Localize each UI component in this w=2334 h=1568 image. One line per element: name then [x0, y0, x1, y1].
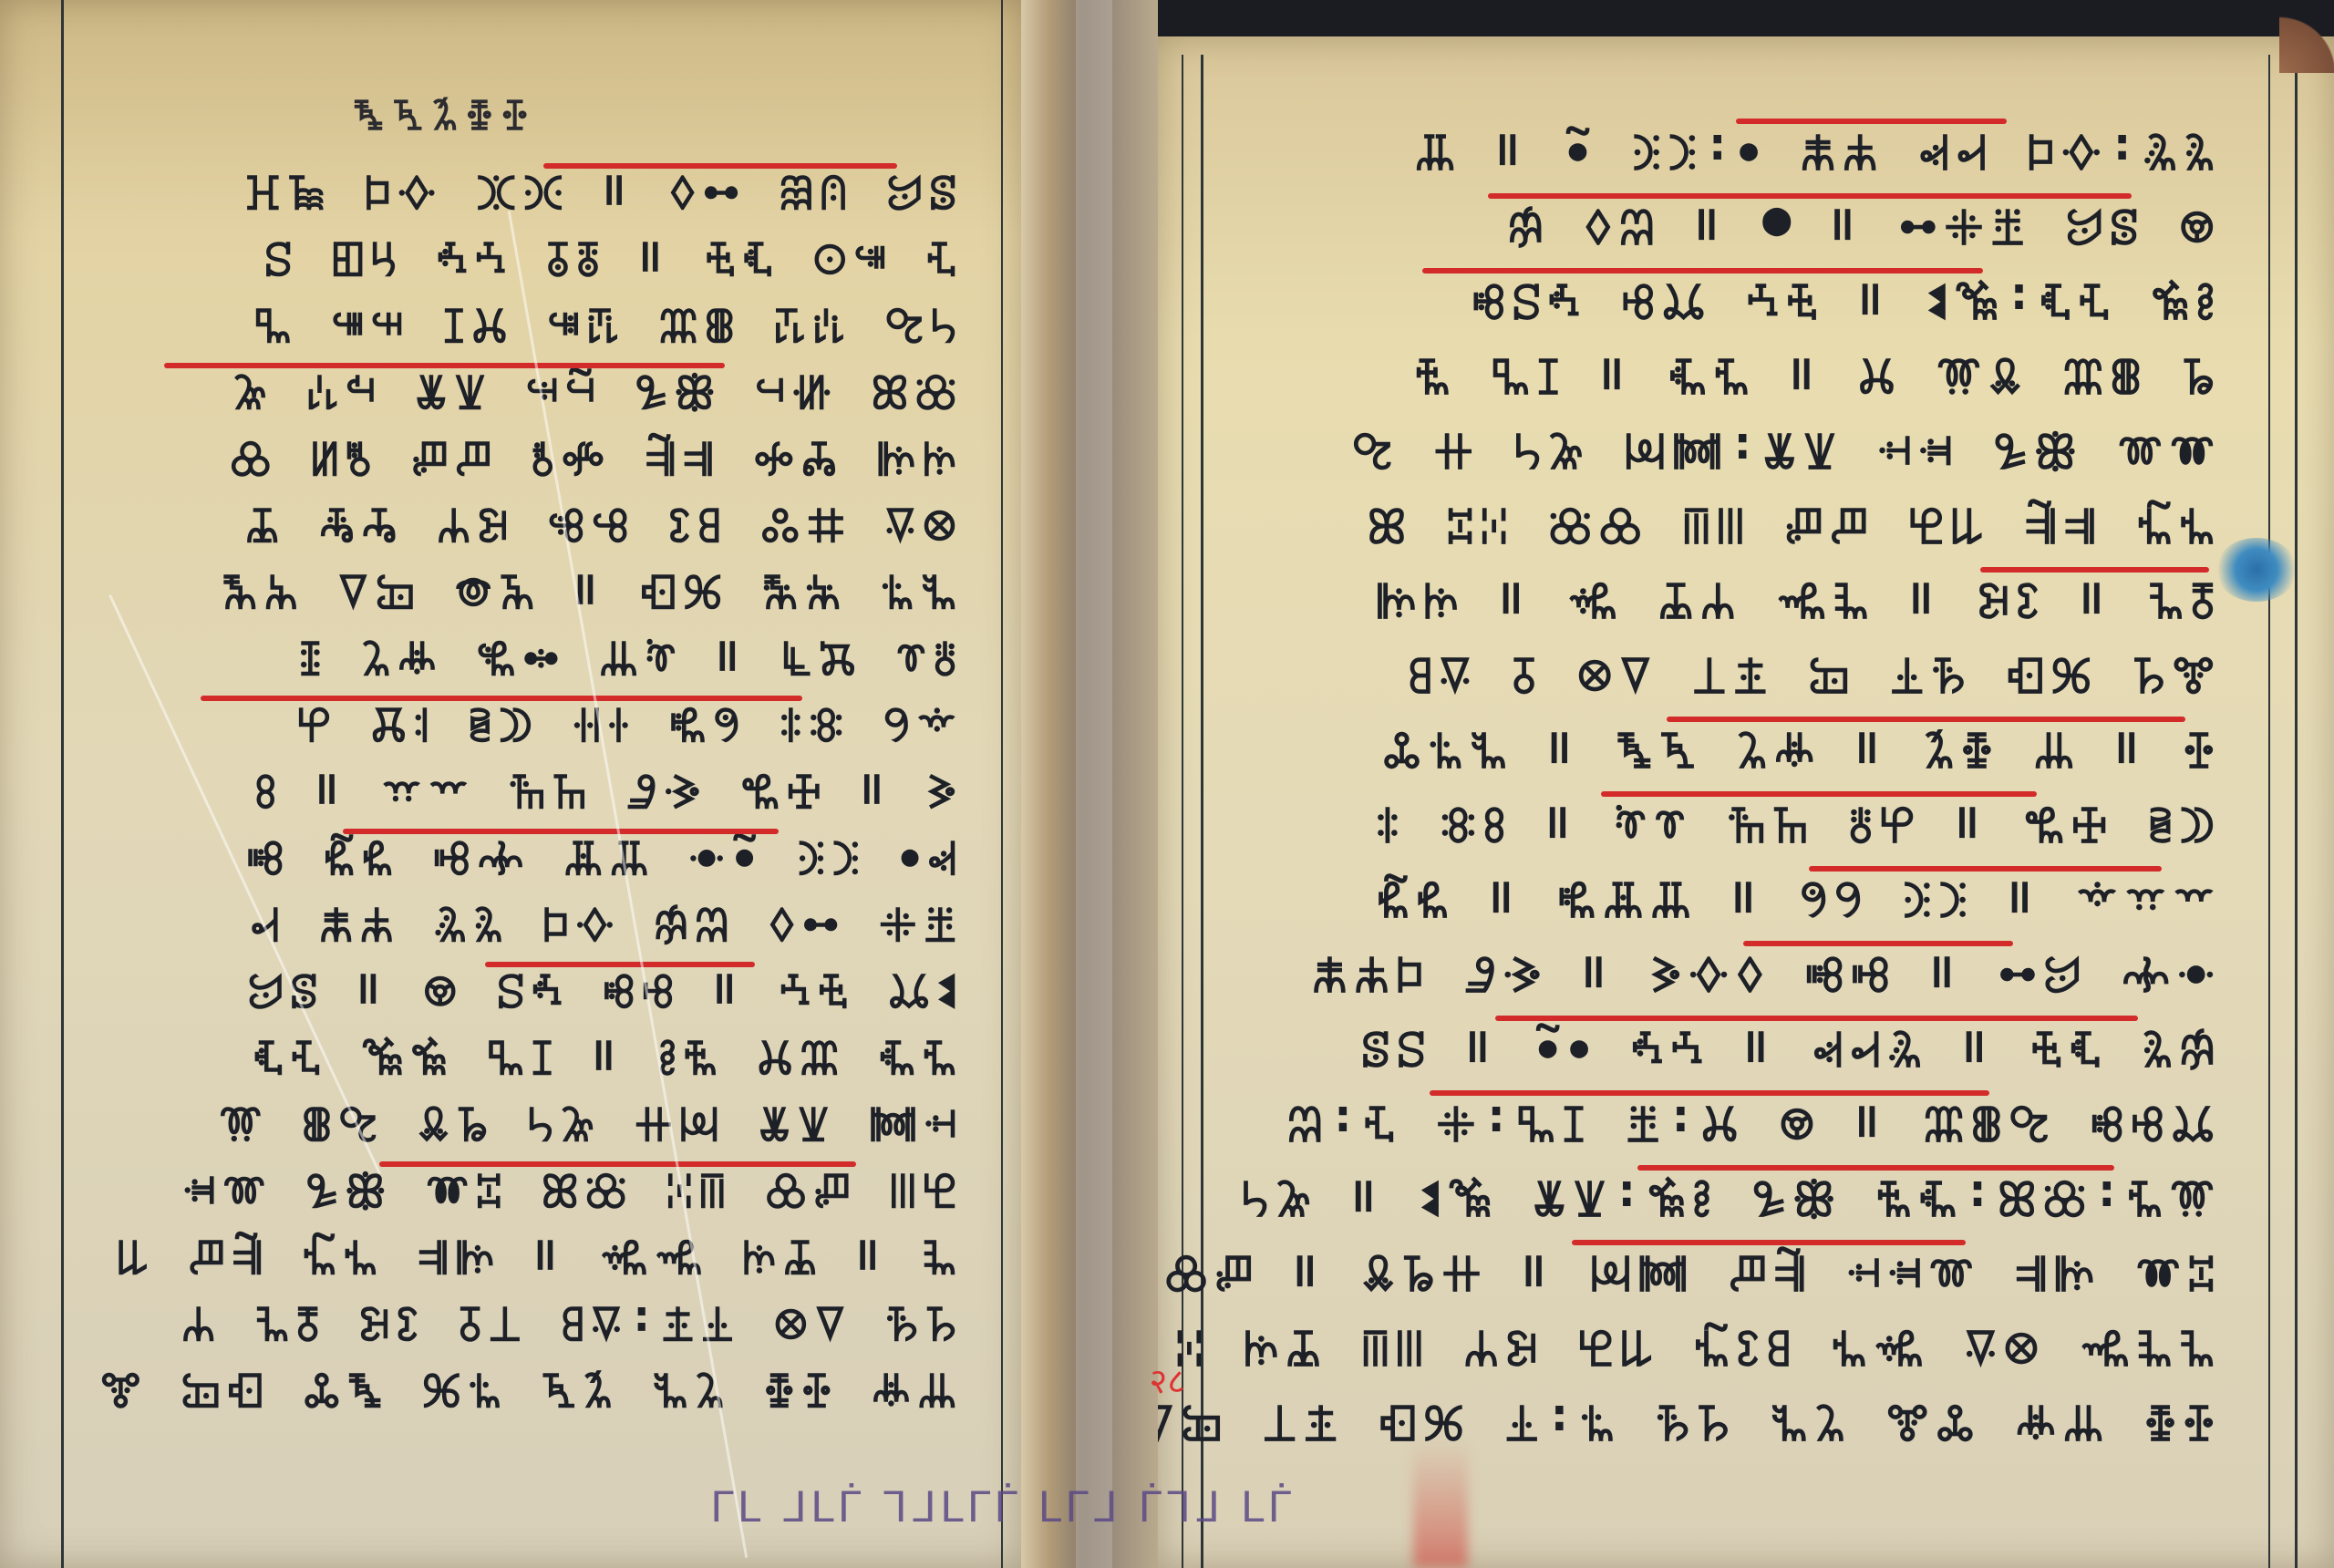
left-page: ꔀꔁ ꕌꕍ ꔅꔆ ꕎꕏ ꔇꔈ ꕐ:ꔉ ꕑꕒ ꔊꔋ ꕓꕔ ꔌꔍꔎꔏꔐ ꕕꕖ ꔑꔒ …	[1158, 36, 2334, 1568]
red-page-number: २८	[1149, 1357, 1185, 1404]
script-line: ꕣꕤ ꖧꖨ ꕥꕦ ꖩꖪ ꕧꕨ ꖫꖬ ꕩ	[64, 357, 957, 424]
blue-ink-stain	[2215, 538, 2298, 602]
script-line: ꔀꔁ ꕌꕍ ꔅꔆ ꕎꕏ ꔇꔈ ꕐ:ꔉ ꕑꕒ ꔊꔋ ꕓꕔ ꔌꔍ	[1222, 1384, 2215, 1459]
script-line: ꔍꔎ ॥ ꕘꕙ ॥ ꔏꔐ ꕚꕛ ꔑ ॥ ꕜꕝ	[1222, 562, 2215, 636]
script-line: ꕜꕝ ꖡꖢ ꕞꕟ ꖣꖤ ꕠꕡ ꖥꖦ ꕢ	[64, 424, 957, 490]
script-line: ꔒꔓ ꕞꕟ ꔔꔕ ꕠꕡ ꔖꔗ ꕢꕣ ꔘꔙ ꕤ	[1222, 487, 2215, 562]
red-underline	[1809, 866, 2162, 872]
script-line: ꔶꔷ ꕿꖀ ꔸꔹ ꖁꖂ ꔺꔻ ꖃꖄ ꔼ	[64, 823, 957, 890]
script-line: ꕪꕫ ꖭꖮ ꕬꕭ ꖯꖰ ꕮꕯ ꖱꖲ ꕰ	[64, 291, 957, 357]
script-line: ꔚꔛ ꕥꕦ ꔜꔝ ꕧꕨ:ꔞꔟ ꕩꕪ ꔠ ꕫ	[1222, 412, 2215, 487]
red-underline	[485, 962, 755, 967]
page-border-rule	[2295, 55, 2298, 1568]
red-underline	[164, 363, 725, 368]
script-line: ꔫꔬꔭ ꕫꕬꕭ ॥ ꔮ ꕮ:ꔯ ꕯꕰ:ꔰ ꕱ:ꔱ	[1222, 1085, 2215, 1160]
script-line: ꔎꔏꔐ ꕕꕖ ꔑꔒ ꕗꕘꔓ ꔔꔕ ꕙꕚ ꔖꔗ ꕛꕜ ꔘ	[1222, 1309, 2215, 1384]
red-underline	[201, 696, 802, 701]
red-underline	[1572, 1240, 1966, 1245]
page-border-rule	[2268, 55, 2270, 1568]
red-underline	[543, 163, 897, 169]
script-line: ꕂꕃ ꖊꖋ ꕄꕅ ꖌꖍ ꕆꕇ ꖎꖏ ꕈ	[64, 690, 957, 757]
script-line: ꕏꕐ ꖕꖖ ꕑꕒ ॥ ꖗꖘ ꕓꕔ ꖙꖚ	[64, 557, 957, 624]
manuscript-photo: ꔀꔁ ꕌꕍ ꔅꔆ ꕎꕏ ꔇꔈ ꕐ:ꔉ ꕑꕒ ꔊꔋ ꕓꕔ ꔌꔍꔎꔏꔐ ꕕꕖ ꔑꔒ …	[0, 0, 2334, 1568]
red-underline	[1736, 119, 2007, 124]
right-page-footer-fragment: ꔀꔁꔂꔃꔄ	[345, 90, 529, 137]
red-underline	[1488, 193, 2132, 199]
red-underline	[1980, 567, 2209, 573]
script-line: ꔲꔳ ꕲꕳ ॥ ꔴꔵꔶ ॥ ꕴꕵ ꔷꔸ ॥ ꕶꕷ	[1222, 1010, 2215, 1085]
red-underline	[1495, 1016, 2138, 1021]
script-line: ꔏ ॥ ꕛꕜ ꔐꔑ ॥ ꕝꕞ ꔒꔓ ꕟꕠ ꔔ	[64, 1222, 957, 1289]
script-line: ꕌꕍ ꔀꔁ ꕎꕏ ꔂꔃ ꕐꕑ ꔄꔅ ꕒꕓ ꔆ	[64, 1356, 957, 1422]
script-line: ꕱ ꖳꖴ ꕲꕳ ॥ ꖵꖶ ꕴꕵ ꖷꖸ ꕶ	[64, 224, 957, 291]
script-line: ꔀ ॥ ꕌ ꔁꔂ ॥ ꕍꕎ ꔃꔄ ॥ ꕏꕐꔅ	[1222, 711, 2215, 786]
red-underline	[343, 829, 779, 834]
left-page-text: ꔀꔁ ꕌꕍ ꔅꔆ ꕎꕏ ꔇꔈ ꕐ:ꔉ ꕑꕒ ꔊꔋ ꕓꕔ ꔌꔍꔎꔏꔐ ꕕꕖ ꔑꔒ …	[1222, 113, 2215, 1459]
purple-marginal-handwriting: ᒥᒪ ᒧᒪᒦ ᒣᒧᒪᒥᒦ ᒪᒥᒧ ᒦᒣᒧ ᒪᒦ	[710, 1482, 1295, 1532]
script-line: ꔡ ꕬꕭ ꔢꔣ ꕮ ॥ ꔤꔥ ॥ ꕯꕰ ꔦ	[1222, 337, 2215, 412]
script-line: ꔣꔤ:ꕣꕤ:ꔥꔦ ꕥꕦ ꔧꔨ:ꕧꕨ ꔩꔪ ॥ ꕩꕪ	[1222, 1160, 2215, 1234]
script-line: ꕀꕁꕂ ॥ ꕿꖀ ꕃꕄ ॥ ꖁꖂꕅ ॥ ꖃꖄ	[1222, 861, 2215, 935]
red-underline	[1667, 717, 2185, 722]
script-line: ꕆꕇ ꖅꖆ ॥ ꕈꕉ ꖇꖈ ꕊꕋ ॥ ꖉꖊ ꖋ	[1222, 786, 2215, 861]
script-line: ꔹꔺ ꕸꕹ ॥ ꔻꔼ ꕺꕻꔽ ॥ ꔾꔿ ꕼꕽꕾ	[1222, 935, 2215, 1010]
red-underline	[1743, 941, 2013, 946]
script-line: ꔙꔚ ꕝꕞ ꔛꔜꔝ ꕟꕠ ꔞꔟ ॥ ꔠꔡꔢ ॥ ꕡꕢ	[1222, 1234, 2215, 1309]
script-line: ꕉꕊ ꖐꖑ ॥ ꕋꕌ ꖒꖓ ꕍꕎ ꖔ	[64, 624, 957, 690]
script-line: ꔧꔨ ꕱꕲ:ꔩꔪ ॥ ꕳꕴ ꔫꔬ ꕵꕶꔭ	[1222, 263, 2215, 337]
script-line: ꔯꔰ ꕹꕺ ꔱꔲ ꕻꕼ ꔳꔴ ꕽꕾ ꔵ	[64, 890, 957, 956]
red-underline	[1601, 791, 2037, 797]
book-spine-gutter	[1021, 0, 1158, 1568]
red-underline	[1422, 268, 1983, 273]
script-line: ꔝꔞ ꕧꕨ ꔟꔠ ꕩꕪ ꔡꔢ ꕫꕬ ꔣ	[64, 1089, 957, 1156]
script-line: ꔮ ꕷꕸ ꔯꔰꕹ ॥ ● ॥ ꔱꕺ ꔲ	[1222, 188, 2215, 263]
script-line: ꔳꔴ:ꕻꕼ ꔵꔶ ꕽꕾ ꔷ:ꕿꖀ ꔸ ॥ ꖁ	[1222, 113, 2215, 188]
right-page-text: ꕌꕍ ꔀꔁ ꕎꕏ ꔂꔃ ꕐꕑ ꔄꔅ ꕒꕓ ꔆꔇꔈ ꕔꕕ ꔉꔊ:ꕖꕗ ꔋꔌ ꕘꕙ …	[64, 158, 957, 1422]
script-line: ꔕꔖ ꕡꕢ ꔗꔘ ꕣꕤ ꔙꔚ ꕥꕦ ꔛꔜ	[64, 1156, 957, 1222]
page-border-rule	[1001, 0, 1003, 1568]
script-line: ꔪꔫ ꕳꕴ ॥ ꔬꔭ ꕵꕶ ꔮ ॥ ꕷꕸ	[64, 956, 957, 1023]
red-underline	[1637, 1165, 2114, 1171]
finger-holding-page	[2279, 0, 2334, 73]
script-line: ꔤꔥ ꕭꕮ ꔦꔧ ॥ ꕯꕰ ꔨꔩ ꕱꕲ	[64, 1023, 957, 1089]
script-line: ꔇꔈ ꕔꕕ ꔉꔊ:ꕖꕗ ꔋꔌ ꕘꕙ ꔍꔎ ꕚ	[64, 1289, 957, 1356]
script-line: ꔆꔇ ꕑꕒ ꔈꔉ ꕓ ꔊꔋ ꕔꕕ ꔌ ꕖꕗ	[1222, 636, 2215, 711]
red-underline	[1430, 1090, 1989, 1096]
right-page: ꕌꕍ ꔀꔁ ꕎꕏ ꔂꔃ ꕐꕑ ꔄꔅ ꕒꕓ ꔆꔇꔈ ꕔꕕ ꔉꔊ:ꕖꕗ ꔋꔌ ꕘꕙ …	[0, 0, 1021, 1568]
red-underline	[379, 1161, 856, 1167]
script-line: ꔽ ॥ ꖅꖆ ꔾꔿ ꖇꖈ ꕀꕁ ॥ ꖉ	[64, 757, 957, 823]
red-ink-smear	[1413, 1440, 1468, 1568]
script-line: ꕕꕖ ꖛꖜ ꕗꕘ ꖝꖞ ꕙꕚ ꖟꖠ ꕛ	[64, 490, 957, 557]
